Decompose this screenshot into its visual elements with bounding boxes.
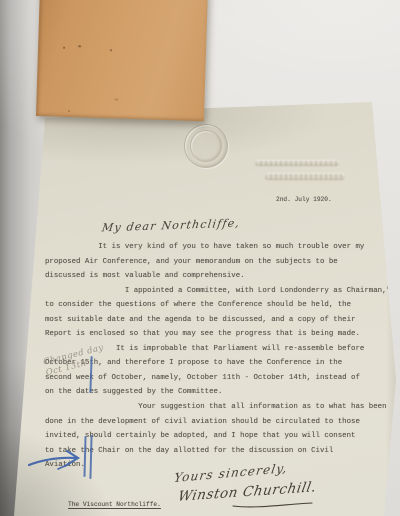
typed-line: invited, should certainly be adopted, an…: [45, 429, 385, 444]
typed-line: discussed is most valuable and comprehen…: [45, 269, 385, 284]
typed-line: to consider the questions of where the C…: [45, 298, 385, 313]
embossed-letterhead-line-1: [255, 160, 339, 166]
typed-line: to take the Chair on the day allotted fo…: [45, 444, 385, 459]
card-speck: [68, 110, 70, 112]
card-speck: [78, 45, 81, 47]
typed-line: Your suggestion that all information as …: [45, 400, 385, 415]
card-speck: [63, 47, 65, 49]
addressee-line: The Viscount Northcliffe.: [68, 501, 161, 508]
typed-line: I appointed a Committee, with Lord Londo…: [45, 284, 385, 299]
signature-flourish: [232, 500, 314, 510]
typed-line: proposed Air Conference, and your memora…: [45, 255, 385, 270]
typed-line: most suitable date and the agenda to be …: [45, 313, 385, 328]
typed-line: on the dates suggested by the Committee.: [45, 385, 385, 400]
card-speck: [114, 98, 118, 100]
envelope-card: [36, 0, 208, 121]
typed-line: Report is enclosed so that you may see t…: [45, 327, 385, 342]
embossed-letterhead-line-2: [265, 173, 345, 180]
typed-line: second week of October, namely, October …: [45, 371, 385, 386]
salutation-handwritten: My dear Northcliffe,: [101, 217, 241, 235]
typed-line: done in the development of civil aviatio…: [45, 415, 385, 430]
typed-line: It is very kind of you to have taken so …: [45, 240, 385, 255]
date-line: 2nd. July 1920.: [276, 196, 332, 203]
card-speck: [110, 49, 112, 51]
photo-of-letter: 2nd. July 1920. My dear Northcliffe, It …: [0, 0, 400, 516]
blue-arrow-icon: [28, 448, 86, 474]
embossed-crest-seal: [184, 124, 228, 168]
